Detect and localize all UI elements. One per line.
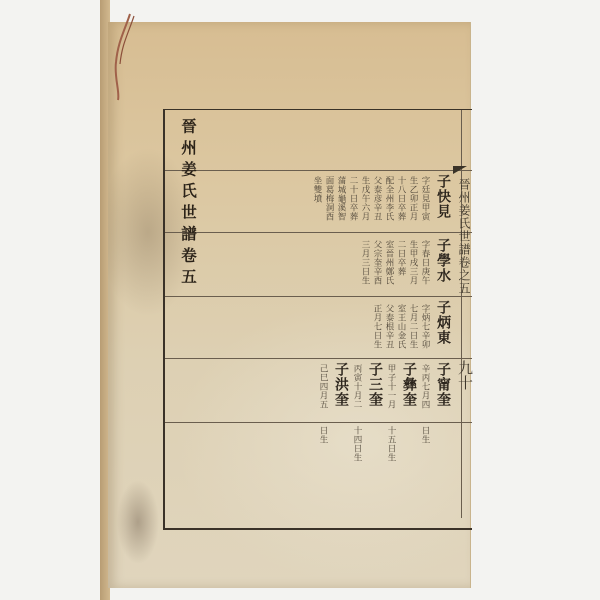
register-divider-5 [165, 422, 472, 423]
entry-name: 子學水 [433, 238, 453, 283]
entry-note: 父泰根辛丑 [383, 304, 394, 349]
page-number: 九十 [455, 360, 476, 390]
entry-note: 甲子十一月 [385, 364, 396, 409]
entry-note: 三月三日生 [359, 240, 370, 285]
register-divider-3 [165, 296, 472, 297]
entry-note: 己巳四月五 [317, 364, 328, 409]
entry-note: 十五日生 [385, 426, 396, 462]
entry-note: 字炳七辛卯 [419, 304, 430, 349]
entry-note: 日生 [317, 426, 328, 444]
entry-note: 生乙卯正月 [407, 176, 418, 221]
volume-title: 晉州姜氏世譜卷五 [177, 118, 199, 290]
entry-note: 面葛梅洞酉 [323, 176, 334, 221]
entry-note: 日生 [419, 426, 430, 444]
entry-note: 二十日卒葬 [347, 176, 358, 221]
entry-note: 十八日卒葬 [395, 176, 406, 221]
entry-note: 配全州李氏 [383, 176, 394, 221]
register-divider-1 [165, 170, 472, 171]
entry-note: 坐雙墳 [311, 176, 322, 203]
fish-tail-mark [453, 166, 467, 174]
text-frame: 晉州姜氏世譜卷五 子快見 字廷見甲寅 生乙卯正月 十八日卒葬 配全州李氏 父泰彦… [163, 109, 472, 530]
entry-note: 蒲城龜溪智 [335, 176, 346, 221]
entry-note: 字廷見甲寅 [419, 176, 430, 221]
entry-name: 子甯奎 [433, 362, 453, 407]
entry-name: 子三奎 [365, 362, 385, 407]
entry-name: 子快見 [433, 174, 453, 219]
entry-note: 丙寅十月二 [351, 364, 362, 409]
entry-note: 父宗奎辛酉 [371, 240, 382, 285]
margin-title: 晉州姜氏世譜卷之五 [456, 178, 473, 295]
register-divider-2 [165, 232, 472, 233]
entry-note: 父泰彦辛丑 [371, 176, 382, 221]
entry-name: 子彝奎 [399, 362, 419, 407]
entry-name: 子洪奎 [331, 362, 351, 407]
entry-note: 生戊午六月 [359, 176, 370, 221]
entry-note: 字春日庚午 [419, 240, 430, 285]
entry-note: 七月二日生 [407, 304, 418, 349]
binding-thread [110, 12, 140, 102]
entry-note: 十四日生 [351, 426, 362, 462]
entry-note: 二日卒葬 [395, 240, 406, 276]
entry-note: 生甲戌三月 [407, 240, 418, 285]
register-divider-4 [165, 358, 472, 359]
entry-note: 辛丙七月四 [419, 364, 430, 409]
entry-note: 室晉州鄭氏 [383, 240, 394, 285]
entry-note: 正月七日生 [371, 304, 382, 349]
entry-note: 室王山金氏 [395, 304, 406, 349]
entry-name: 子炳東 [433, 300, 453, 345]
